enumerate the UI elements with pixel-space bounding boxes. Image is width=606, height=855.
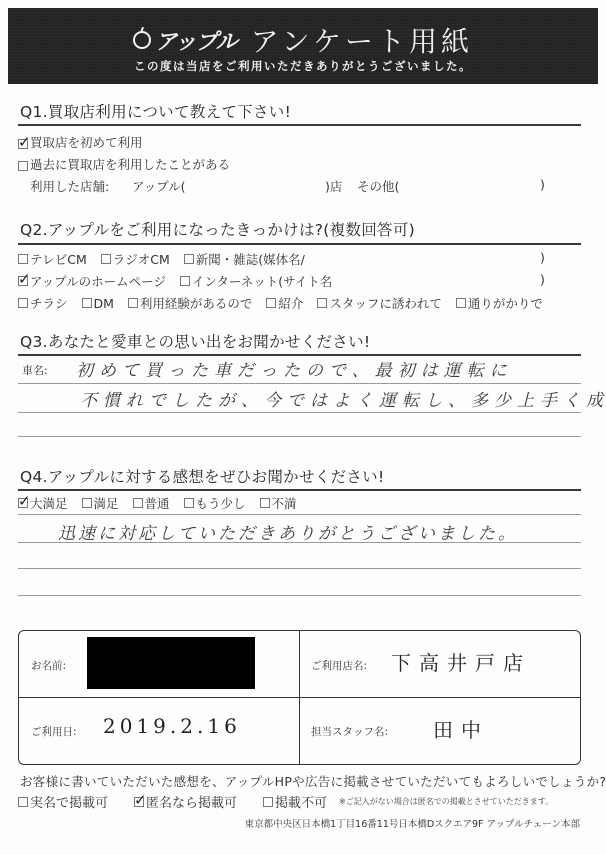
q4-option-very-satisfied[interactable]: 大満足: [18, 494, 68, 512]
option-label: もう少し: [196, 494, 246, 512]
staff-name-label: 担当スタッフ名:: [311, 724, 388, 739]
q2-option-internet[interactable]: インターネット(サイト名: [180, 272, 332, 290]
option-label: 紹介: [278, 294, 303, 312]
other-store-suffix: ): [540, 177, 545, 192]
answer-rule: [18, 542, 581, 543]
company-address: 東京都中央区日本橋1丁目16番11号日本橋Dスクエア9F アップルチェーン本部: [245, 816, 580, 830]
checkbox[interactable]: [18, 139, 28, 149]
checkbox[interactable]: [128, 298, 138, 308]
checkbox[interactable]: [456, 298, 466, 308]
q2-option-referral[interactable]: 紹介: [266, 294, 303, 312]
page-subtitle: この度は当店をご利用いただきありがとうございました。: [8, 58, 598, 74]
customer-info-table: お名前: ご利用店名: 下高井戸店 ご利用日: 2019.2.16 担当スタッフ…: [18, 630, 581, 765]
q2-title: Q2.アップルをご利用になったきっかけは?(複数回答可): [20, 218, 415, 240]
checkbox[interactable]: [134, 797, 144, 807]
q1-option-first-time[interactable]: 買取店を初めて利用: [18, 133, 143, 151]
q2-option-tv[interactable]: テレビCM: [18, 250, 87, 268]
store-label: 利用した店舗:: [30, 179, 109, 194]
q2-rule: [18, 243, 581, 245]
answer-rule: [18, 568, 581, 569]
q4-rule: [18, 489, 581, 491]
q4-title: Q4.アップルに対する感想をぜひお聞かせください!: [20, 465, 385, 487]
checkbox[interactable]: [184, 498, 194, 508]
checkbox[interactable]: [18, 797, 28, 807]
store-name-label: ご利用店名:: [311, 658, 367, 673]
q2-option-experience[interactable]: 利用経験があるので: [128, 294, 253, 312]
apple-store-suffix-text: )店: [325, 179, 342, 194]
option-label: ラジオCM: [113, 250, 170, 268]
option-label: 不満: [272, 494, 297, 512]
checkbox[interactable]: [18, 276, 28, 286]
name-label: お名前:: [31, 658, 66, 673]
q2-row-1: テレビCM ラジオCM 新聞・雑誌(媒体名/: [18, 250, 315, 268]
option-label: 通りがかりで: [468, 294, 543, 312]
answer-rule: [18, 412, 581, 413]
answer-rule: [18, 436, 581, 437]
survey-header: アップル アンケート用紙 この度は当店をご利用いただきありがとうございました。: [8, 8, 598, 84]
q2-option-passing-by[interactable]: 通りがかりで: [456, 294, 543, 312]
checkbox[interactable]: [82, 298, 92, 308]
option-label: 掲載不可: [275, 792, 327, 811]
q1-store-line: 利用した店舗:: [30, 177, 109, 195]
q3-answer-line-2[interactable]: 不慣れでしたが、今ではよく運転し、多少上手く成りました: [80, 386, 606, 411]
option-label: 買取店を初めて利用: [30, 135, 143, 150]
q3-title: Q3.あなたと愛車との思い出をお聞かせください!: [20, 330, 370, 352]
q4-option-dissatisfied[interactable]: 不満: [260, 494, 297, 512]
option-label: 新聞・雑誌(媒体名/: [196, 250, 305, 268]
apple-store-suffix: )店: [325, 177, 342, 195]
option-label: DM: [94, 296, 114, 311]
option-label: 満足: [94, 494, 119, 512]
q2-option-homepage[interactable]: アップルのホームページ: [18, 272, 166, 290]
option-label: チラシ: [30, 294, 68, 312]
checkbox[interactable]: [101, 254, 111, 264]
checkbox[interactable]: [133, 498, 143, 508]
checkbox[interactable]: [18, 498, 28, 508]
store-name-value[interactable]: 下高井戸店: [391, 647, 531, 676]
option-label: アップルのホームページ: [30, 272, 166, 290]
checkbox[interactable]: [260, 498, 270, 508]
option-label: 過去に買取店を利用したことがある: [30, 157, 230, 172]
q4-answer-line-1[interactable]: 迅速に対応していただきありがとうございました。: [58, 519, 518, 544]
q2-row-2: アップルのホームページ インターネット(サイト名: [18, 272, 342, 290]
checkbox[interactable]: [18, 254, 28, 264]
checkbox[interactable]: [18, 161, 28, 171]
other-store-field[interactable]: その他(: [357, 177, 399, 195]
date-label: ご利用日:: [31, 724, 77, 739]
answer-rule: [18, 383, 581, 384]
q2-option-newspaper[interactable]: 新聞・雑誌(媒体名/: [184, 250, 305, 268]
paren-close: ): [540, 272, 545, 287]
option-label: 大満足: [30, 494, 68, 512]
car-name-label: 車名:: [22, 362, 48, 378]
other-store-suffix-text: ): [540, 177, 545, 192]
option-label: 実名で掲載可: [30, 792, 108, 811]
consent-option-not-allowed[interactable]: 掲載不可: [263, 792, 327, 811]
consent-option-anonymous[interactable]: 匿名なら掲載可: [134, 792, 237, 811]
page-title: アンケート用紙: [251, 20, 473, 60]
staff-name-value[interactable]: 田中: [433, 714, 489, 743]
name-redacted: [87, 637, 255, 689]
q4-option-average[interactable]: 普通: [133, 494, 170, 512]
option-label: 利用経験があるので: [140, 294, 253, 312]
option-label: テレビCM: [30, 250, 87, 268]
option-label: スタッフに誘われて: [329, 294, 442, 312]
paren-close: ): [540, 250, 545, 265]
q2-option-radio[interactable]: ラジオCM: [101, 250, 170, 268]
q1-rule: [18, 124, 581, 126]
checkbox[interactable]: [82, 498, 92, 508]
consent-question: お客様に書いていただいた感想を、アップルHPや広告に掲載させていただいてもよろし…: [20, 772, 606, 790]
divider: [19, 697, 580, 698]
answer-rule: [18, 514, 581, 515]
q4-option-could-be-better[interactable]: もう少し: [184, 494, 246, 512]
consent-options: 実名で掲載可 匿名なら掲載可 掲載不可 ※ご記入がない場合は匿名での掲載とさせて…: [18, 792, 553, 811]
apple-icon: [133, 31, 151, 49]
option-label: インターネット(サイト名: [192, 272, 332, 290]
apple-store-prefix: アップル(: [132, 179, 186, 194]
checkbox[interactable]: [180, 276, 190, 286]
checkbox[interactable]: [317, 298, 327, 308]
q4-options: 大満足 満足 普通 もう少し 不満: [18, 494, 307, 512]
q2-row-3: チラシ DM 利用経験があるので 紹介 スタッフに誘われて 通りがかりで: [18, 294, 553, 312]
checkbox[interactable]: [266, 298, 276, 308]
consent-option-real-name[interactable]: 実名で掲載可: [18, 792, 108, 811]
apple-logo: アップル: [133, 25, 237, 56]
answer-rule: [18, 595, 581, 596]
other-store-prefix: その他(: [357, 179, 399, 194]
checkbox[interactable]: [184, 254, 194, 264]
q1-title: Q1.買取店利用について教えて下さい!: [20, 100, 291, 122]
checkbox[interactable]: [263, 797, 273, 807]
q2-option-flyer[interactable]: チラシ: [18, 294, 68, 312]
q1-option-used-before[interactable]: 過去に買取店を利用したことがある: [18, 155, 230, 173]
apple-store-field[interactable]: アップル(: [132, 177, 186, 195]
q2-option-dm[interactable]: DM: [82, 296, 114, 311]
option-label: 普通: [145, 494, 170, 512]
option-label: 匿名なら掲載可: [146, 792, 237, 811]
date-value[interactable]: 2019.2.16: [103, 714, 241, 738]
q4-option-satisfied[interactable]: 満足: [82, 494, 119, 512]
q3-answer-line-1[interactable]: 初めて買った車だったので、最初は運転に: [76, 356, 513, 381]
checkbox[interactable]: [18, 298, 28, 308]
q2-option-staff-invite[interactable]: スタッフに誘われて: [317, 294, 442, 312]
logo-text: アップル: [155, 25, 237, 56]
consent-note: ※ご記入がない場合は匿名での掲載とさせていただきます。: [339, 796, 553, 807]
